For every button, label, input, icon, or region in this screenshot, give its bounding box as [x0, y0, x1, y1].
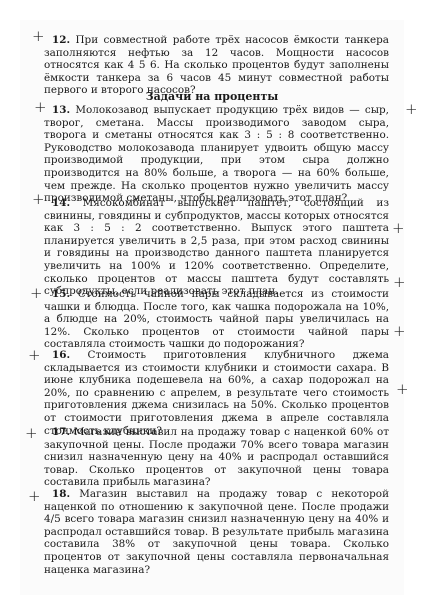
- problem-16: 16. Стоимость приготовления клубничного …: [44, 349, 389, 437]
- margin-mark-icon: +: [32, 27, 45, 45]
- problem-text: Стоимость приготовления клубничного джем…: [44, 349, 389, 437]
- margin-mark-icon: +: [34, 98, 47, 116]
- margin-mark-icon: +: [393, 322, 406, 340]
- problem-17: 17. Магазин выставил на продажу товар с …: [44, 426, 389, 489]
- problem-13: 13. Молокозавод выпускает продукцию трёх…: [44, 104, 389, 205]
- problem-number: 12.: [52, 34, 70, 46]
- problem-text: Стоимость чайной пары складывается из ст…: [44, 288, 389, 350]
- problem-number: 13.: [52, 104, 70, 116]
- problem-number: 17.: [52, 426, 70, 438]
- problem-number: 15.: [52, 288, 70, 300]
- margin-mark-icon: +: [30, 284, 43, 302]
- margin-mark-icon: +: [28, 346, 41, 364]
- problem-14: 14. Мясокомбинат выпускает паштет, состо…: [44, 197, 389, 298]
- problem-15: 15. Стоимость чайной пары складывается и…: [44, 288, 389, 351]
- problem-18: 18. Магазин выставил на продажу товар с …: [44, 488, 389, 576]
- margin-mark-icon: +: [396, 380, 409, 398]
- problem-text: Магазин выставил на продажу товар с наце…: [44, 426, 389, 488]
- problem-number: 14.: [52, 197, 70, 209]
- problem-text: Магазин выставил на продажу товар с неко…: [44, 488, 389, 576]
- problem-number: 18.: [52, 488, 70, 500]
- margin-mark-icon: +: [405, 100, 418, 118]
- margin-mark-icon: +: [392, 219, 405, 237]
- margin-mark-icon: +: [393, 273, 406, 291]
- section-heading: Задачи на проценты: [0, 90, 424, 103]
- margin-mark-icon: +: [25, 424, 38, 442]
- problem-text: Молокозавод выпускает продукцию трёх вид…: [44, 104, 389, 204]
- problem-text: Мясокомбинат выпускает паштет, состоящий…: [44, 197, 389, 297]
- problem-number: 16.: [52, 349, 70, 361]
- margin-mark-icon: +: [28, 487, 41, 505]
- margin-mark-icon: +: [32, 190, 45, 208]
- problem-12: 12. При совместной работе трёх насосов ё…: [44, 34, 389, 97]
- problem-text: При совместной работе трёх насосов ёмкос…: [44, 34, 389, 96]
